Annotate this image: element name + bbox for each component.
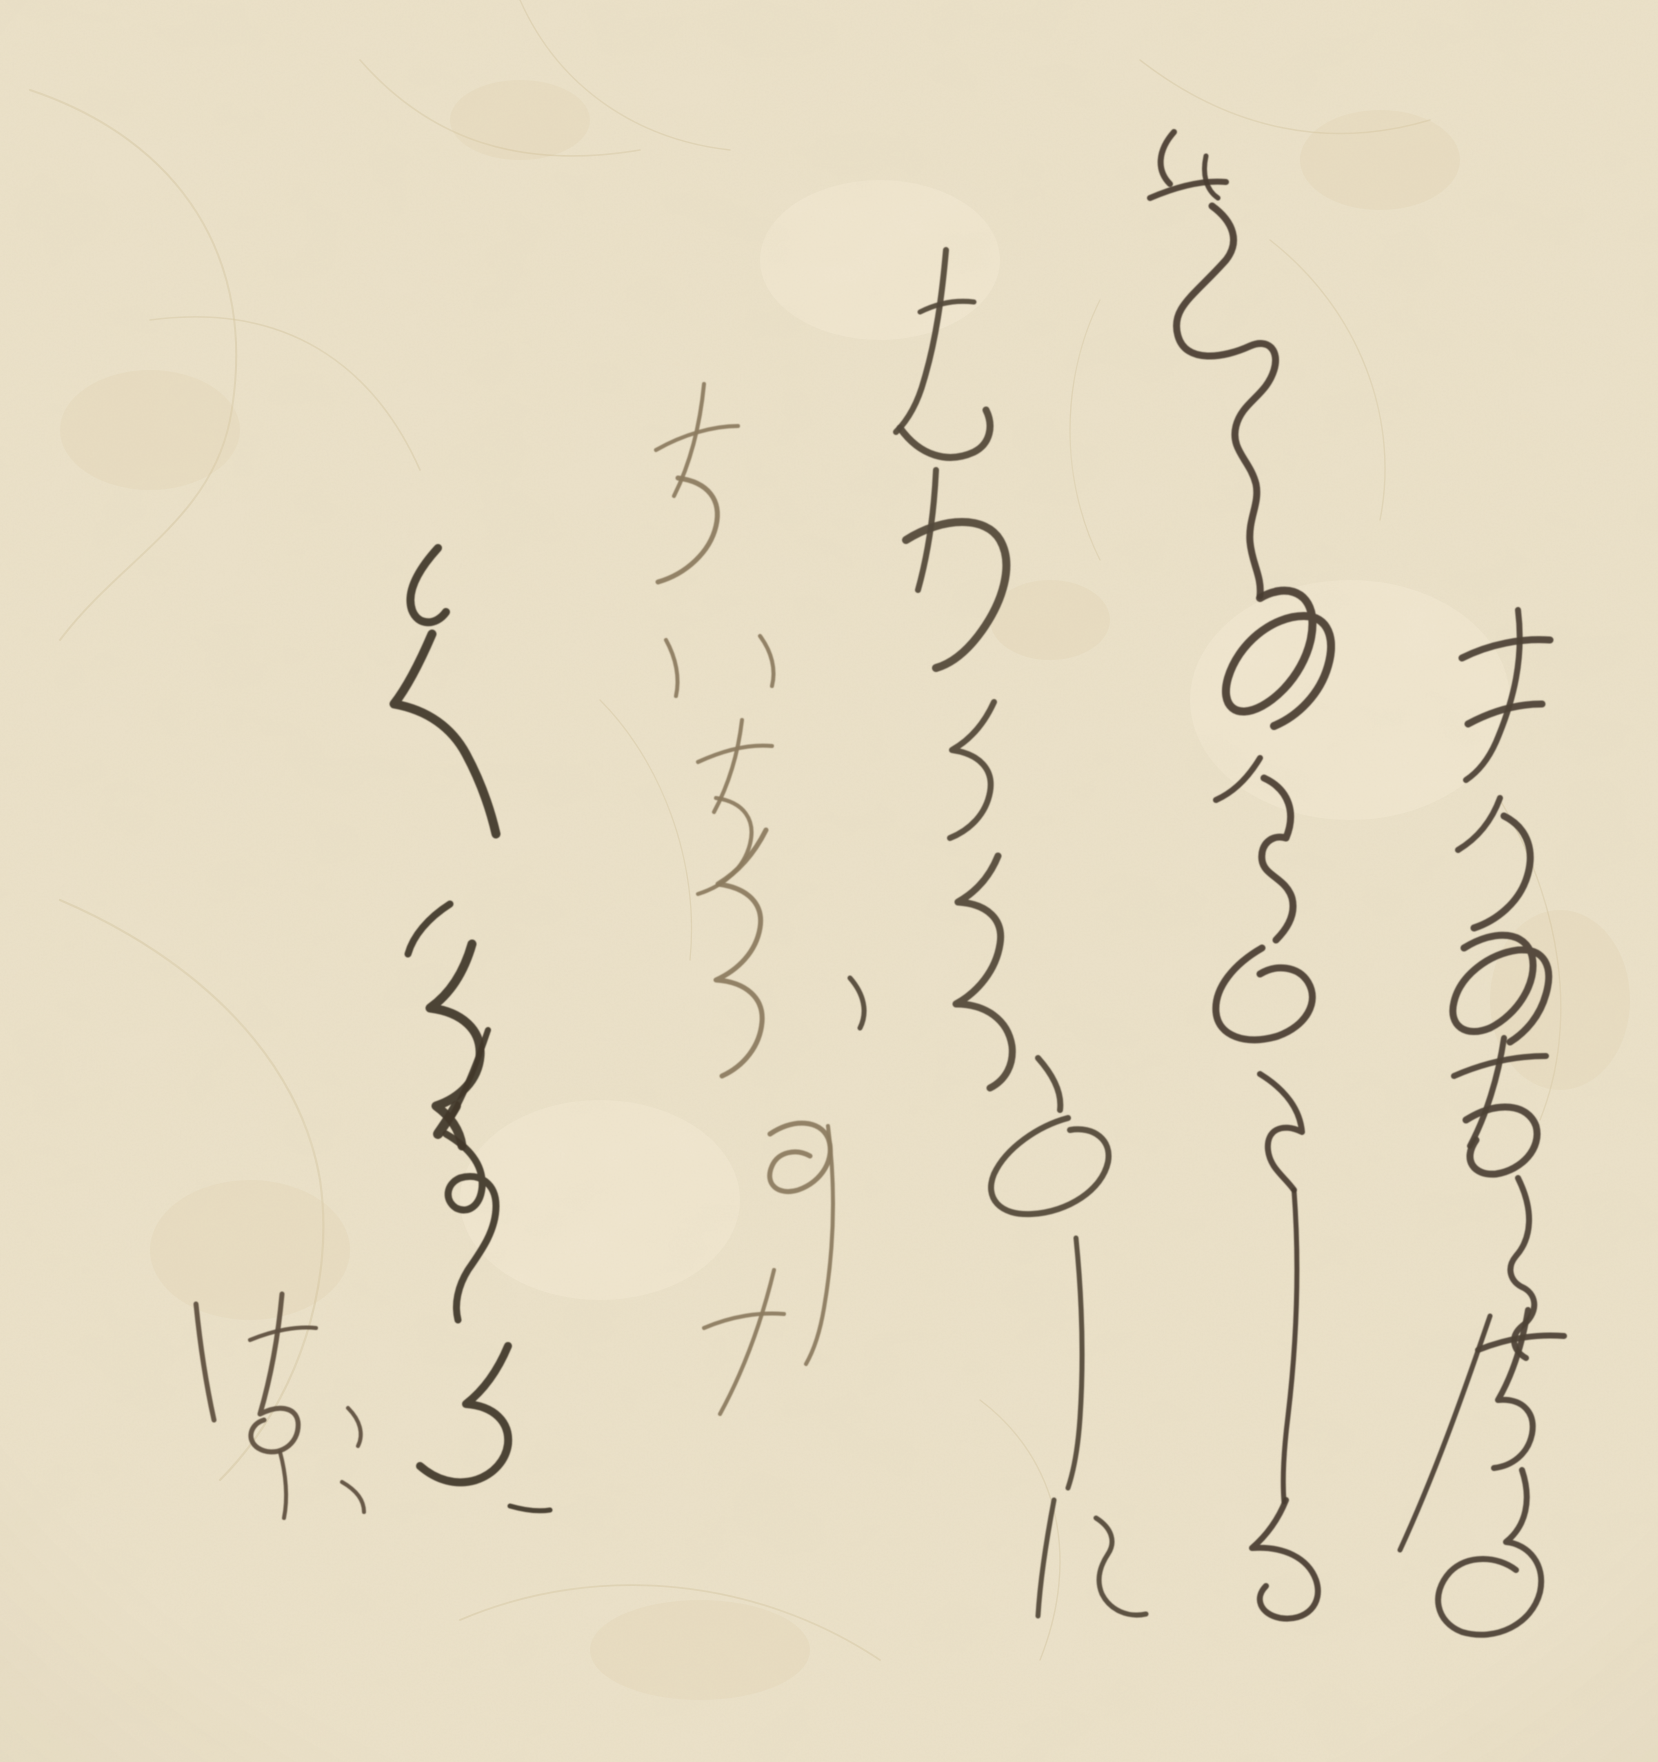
paper-texture — [0, 0, 1658, 1762]
paper-grain — [0, 0, 1658, 1762]
manuscript-photo — [0, 0, 1658, 1762]
calligraphy-sheet — [0, 0, 1658, 1762]
